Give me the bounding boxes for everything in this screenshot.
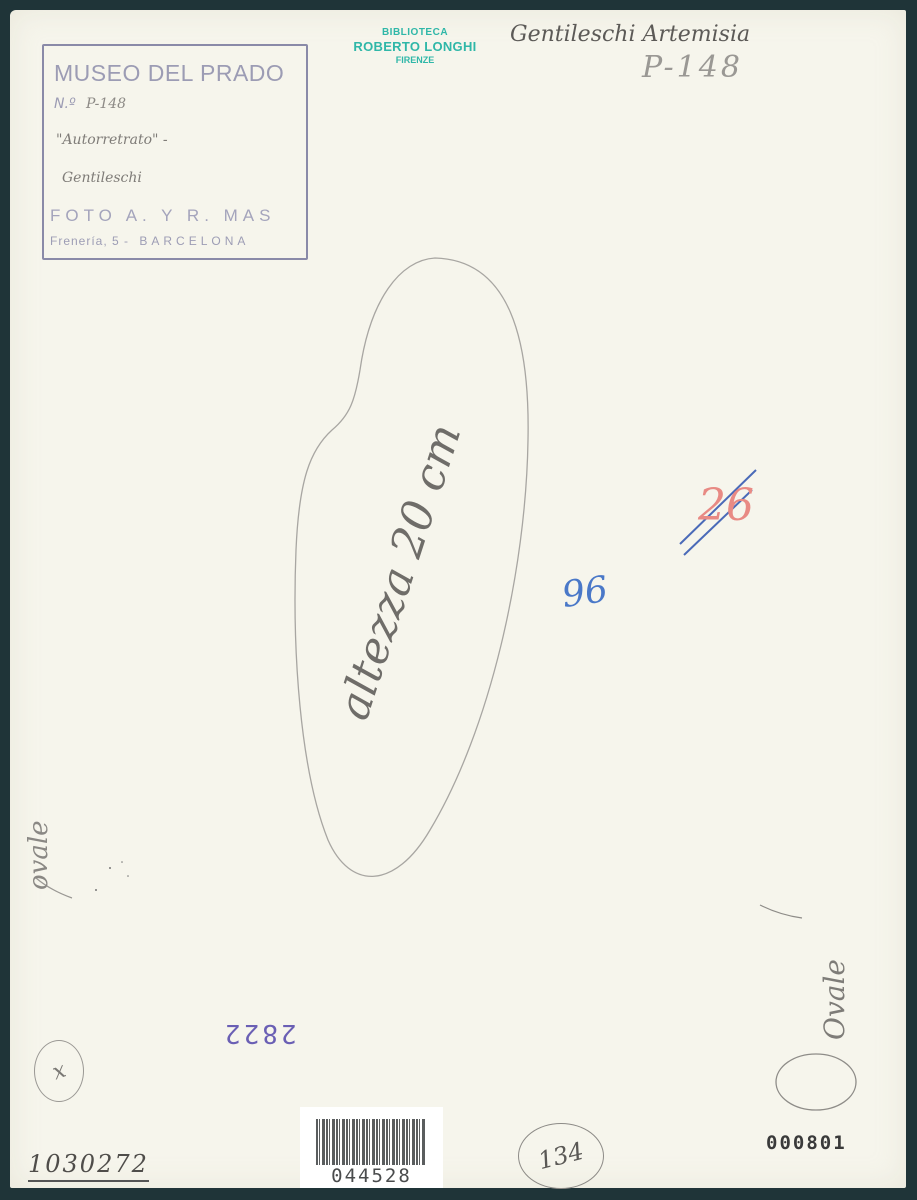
stamp-address: Frenería, 5 - BARCELONA (50, 234, 249, 248)
stamp-photographer: FOTO A. Y R. MAS (50, 206, 276, 226)
stamp-artwork-title: "Autorretrato" - (56, 132, 168, 148)
biblioteca-longhi-stamp: BIBLIOTECA ROBERTO LONGHI FIRENZE (340, 27, 490, 65)
library-line-1: BIBLIOTECA (340, 27, 490, 38)
library-line-2: ROBERTO LONGHI (340, 39, 490, 54)
blue-handwritten-number: 96 (559, 569, 610, 616)
x-mark: x (49, 1057, 69, 1085)
stamp-number-label: N.º (54, 96, 76, 112)
stamp-address-city: BARCELONA (139, 234, 249, 248)
handwritten-artist-name: Gentileschi Artemisia (510, 22, 750, 47)
stamp-title: MUSEO DEL PRADO (54, 60, 284, 87)
upside-down-number-stamp: 2822 (222, 1018, 297, 1048)
circled-number-value: 134 (535, 1137, 586, 1175)
red-crossed-out-number: 26 (698, 480, 754, 531)
museo-del-prado-stamp: MUSEO DEL PRADO N.º P-148 "Autorretrato"… (42, 44, 308, 260)
stamp-number: N.º P-148 (54, 96, 126, 112)
left-margin-note: ovale (24, 820, 54, 890)
barcode-label: 044528 (300, 1107, 443, 1188)
stamp-address-street: Frenería, 5 - (50, 234, 129, 248)
library-line-3: FIRENZE (340, 55, 490, 65)
barcode-number: 044528 (300, 1165, 443, 1187)
circled-x-mark: x (34, 1040, 84, 1102)
handwritten-oval-dimension: altezza 20 cm (328, 418, 471, 726)
barcode-bars-icon (316, 1119, 426, 1165)
inventory-number: 1030272 (28, 1150, 149, 1182)
circled-number: 134 (518, 1123, 604, 1189)
right-margin-note: Ovale (818, 959, 851, 1040)
handwritten-prado-number: P-148 (642, 50, 743, 85)
photo-verso-paper: MUSEO DEL PRADO N.º P-148 "Autorretrato"… (10, 10, 906, 1188)
serial-number-stamp: 000801 (766, 1132, 847, 1154)
stamp-artist: Gentileschi (62, 170, 142, 186)
stamp-number-value: P-148 (86, 96, 126, 112)
